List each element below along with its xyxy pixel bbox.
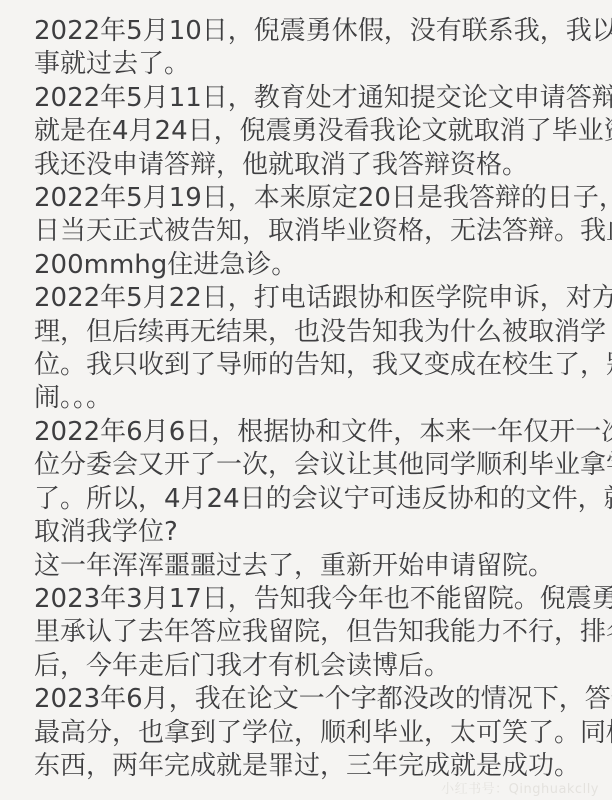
text-line: 事就过去了。 bbox=[34, 48, 586, 81]
text-line: 2022年5月10日，倪震勇休假，没有联系我，我以为这 bbox=[34, 15, 586, 48]
text-line: 2022年6月6日，根据协和文件，本来一年仅开一次的学 bbox=[34, 416, 586, 449]
text-page: 2022年5月10日，倪震勇休假，没有联系我，我以为这 事就过去了。 2022年… bbox=[34, 15, 586, 783]
watermark-label: 小红书号：Qinghuakclly bbox=[441, 778, 599, 797]
text-line: 这一年浑浑噩噩过去了，重新开始申请留院。 bbox=[34, 550, 586, 583]
text-line: 2022年5月19日，本来原定20日是我答辩的日子，我19 bbox=[34, 182, 586, 215]
text-line: 后，今年走后门我才有机会读博后。 bbox=[34, 650, 586, 683]
text-line: 位分委会又开了一次，会议让其他同学顺利毕业拿学位 bbox=[34, 449, 586, 482]
text-line: 日当天正式被告知，取消毕业资格，无法答辩。我血压 bbox=[34, 215, 586, 248]
text-line: 了。所以，4月24日的会议宁可违反协和的文件，就为了 bbox=[34, 483, 586, 516]
text-line: 里承认了去年答应我留院，但告知我能力不行，排名靠 bbox=[34, 616, 586, 649]
text-line: 2022年5月11日，教育处才通知提交论文申请答辩，也 bbox=[34, 82, 586, 115]
text-line: 我还没申请答辩，他就取消了我答辩资格。 bbox=[34, 149, 586, 182]
text-line: 最高分，也拿到了学位，顺利毕业，太可笑了。同样的 bbox=[34, 717, 586, 750]
text-line: 位。我只收到了导师的告知，我又变成在校生了，别 bbox=[34, 349, 586, 382]
text-line: 就是在4月24日，倪震勇没看我论文就取消了毕业资格， bbox=[34, 115, 586, 148]
text-line: 2022年5月22日，打电话跟协和医学院申诉，对方受 bbox=[34, 282, 586, 315]
text-line: 2023年3月17日，告知我今年也不能留院。倪震勇电话 bbox=[34, 583, 586, 616]
text-line: 理，但后续再无结果，也没告知我为什么被取消学 bbox=[34, 316, 586, 349]
text-line: 闹。。。 bbox=[34, 382, 586, 415]
text-line: 200mmhg住进急诊。 bbox=[34, 249, 586, 282]
text-line: 取消我学位? bbox=[34, 516, 586, 549]
text-line: 2023年6月，我在论文一个字都没改的情况下，答辩全场 bbox=[34, 683, 586, 716]
